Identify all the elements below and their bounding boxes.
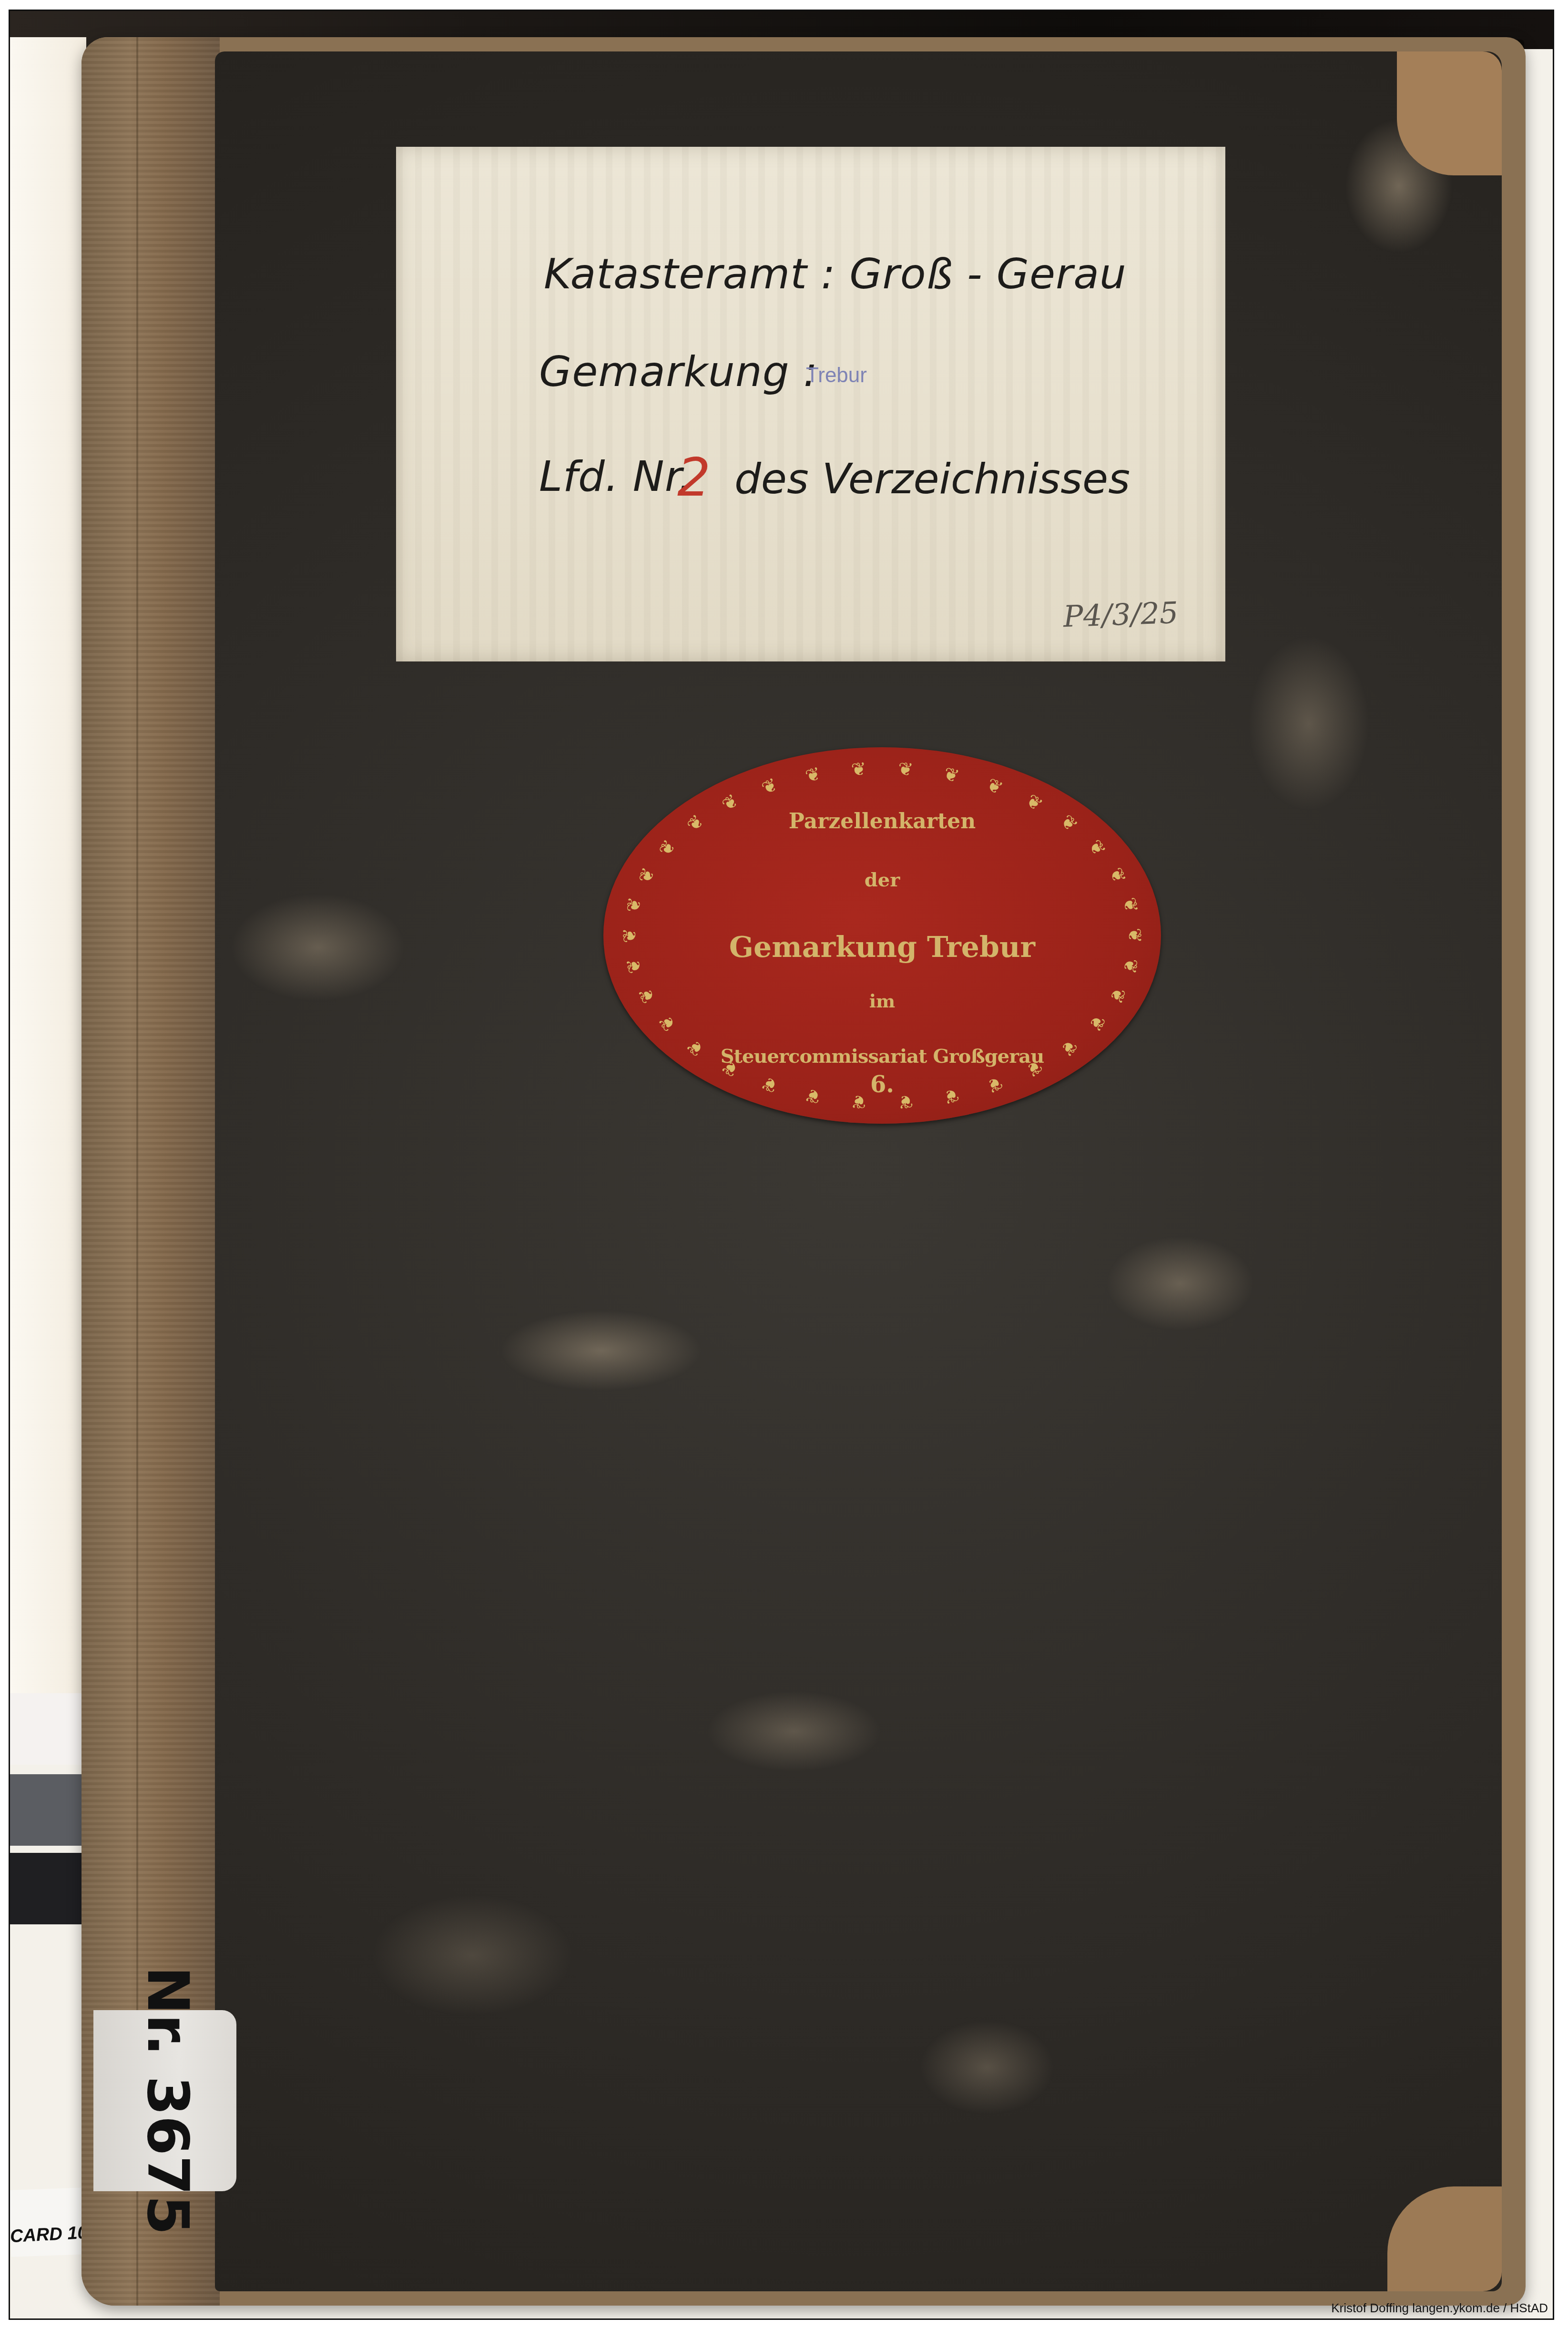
gilt-ornament-icon: ❦: [655, 835, 680, 860]
gilt-ornament-icon: ❦: [849, 1092, 868, 1111]
gilt-ornament-icon: ❦: [1120, 895, 1141, 915]
cadastral-office-label: Katasteramt : Groß - Gerau Gemarkung : T…: [396, 147, 1225, 661]
spine-label: Nr. 3675: [93, 2010, 236, 2191]
gilt-ornament-icon: ❦: [1084, 835, 1109, 860]
pencil-annotation: P4/3/25: [1063, 595, 1179, 634]
gilt-ornament-icon: ❦: [1084, 1011, 1109, 1036]
district-label: Gemarkung :: [539, 347, 818, 396]
scan-frame: CARD 10 Nr. 3675 Katasteramt : Groß - Ge…: [9, 10, 1554, 2320]
color-card-grey-patch: [10, 1774, 84, 1846]
gilt-ornament-icon: ❦: [1120, 956, 1141, 976]
district-stamp: Trebur: [806, 364, 867, 387]
photo-credit: Kristof Doffing langen.ykom.de / HStAD: [1331, 2301, 1548, 2316]
left-page-edge: [10, 37, 86, 1705]
gilt-ornament-icon: ❦: [621, 926, 639, 945]
spine-label-number: Nr. 3675: [134, 1966, 201, 2235]
book-spine: [81, 37, 220, 2306]
sequence-label: Lfd. Nr.: [539, 452, 692, 501]
gilt-ornament-icon: ❦: [757, 774, 782, 798]
title-oval-label: Parzellenkarten der Gemarkung Trebur im …: [603, 747, 1161, 1124]
oval-title-line-3: Gemarkung Trebur: [603, 931, 1161, 964]
oval-title-line-2: der: [603, 869, 1161, 891]
gilt-ornament-icon: ❦: [623, 895, 644, 915]
gilt-ornament-icon: ❦: [655, 1011, 680, 1036]
worn-corner-top-right: [1397, 51, 1502, 175]
color-card-black-patch: [10, 1853, 84, 1924]
gilt-ornament-icon: ❦: [849, 760, 868, 779]
color-card-white-patch: [10, 1693, 86, 1765]
oval-title-line-6: 6.: [603, 1071, 1161, 1098]
gilt-ornament-icon: ❦: [896, 760, 915, 779]
gilt-ornament-icon: ❦: [940, 764, 963, 786]
oval-title-line-4: im: [603, 990, 1161, 1012]
gilt-ornament-icon: ❦: [1126, 926, 1144, 945]
gilt-ornament-icon: ❦: [623, 956, 644, 976]
gilt-ornament-icon: ❦: [896, 1092, 915, 1111]
office-line: Katasteramt : Groß - Gerau: [544, 249, 1127, 298]
sequence-number: 2: [677, 447, 711, 508]
worn-corner-bottom-right: [1387, 2186, 1502, 2291]
color-card-label: CARD 10: [10, 2223, 88, 2247]
gilt-ornament-icon: ❦: [802, 764, 824, 786]
gilt-ornament-icon: ❦: [983, 774, 1007, 798]
sequence-suffix: des Verzeichnisses: [734, 454, 1130, 503]
